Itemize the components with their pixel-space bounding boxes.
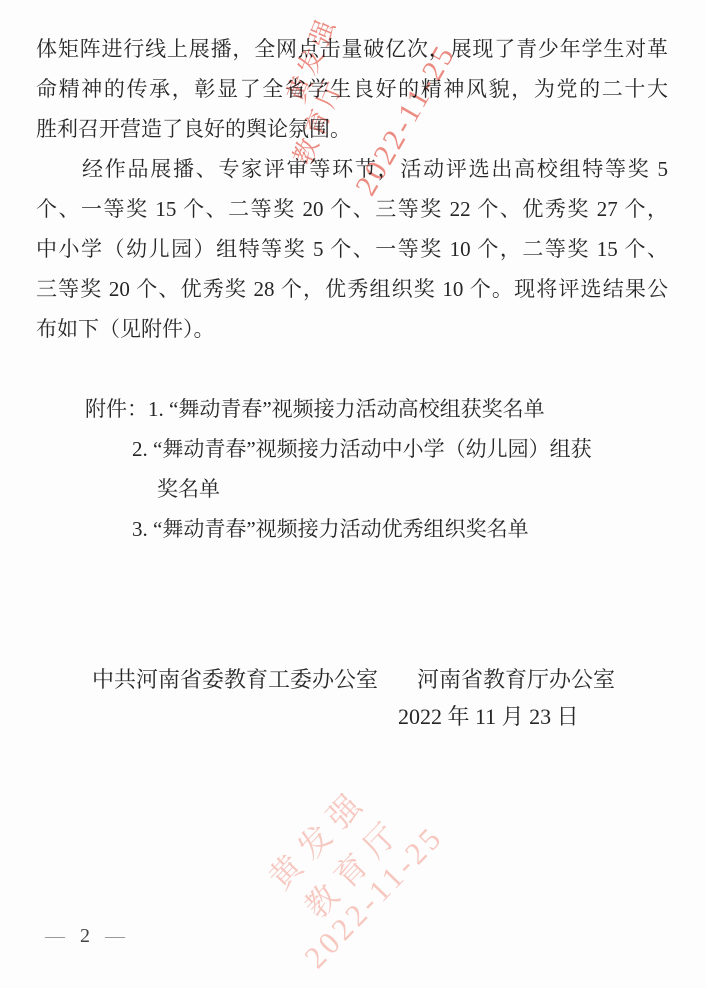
attachment-label-line: 附件：1. “舞动青春”视频接力活动高校组获奖名单 xyxy=(85,396,545,424)
body-line: 中小学（幼儿园）组特等奖 5 个、一等奖 10 个，二等奖 15 个、 xyxy=(36,236,668,264)
body-line: 命精神的传承，彰显了全省学生良好的精神风貌，为党的二十大 xyxy=(36,76,668,104)
body-line: 布如下（见附件）。 xyxy=(36,316,668,344)
body-line: 经作品展播、专家评审等环节，活动评选出高校组特等奖 5 xyxy=(82,156,668,184)
document-page: 体矩阵进行线上展播，全网点击量破亿次，展现了青少年学生对革 命精神的传承，彰显了… xyxy=(0,0,706,988)
page-number-dash: — xyxy=(45,925,67,947)
watermark-bottom-org: 教育厅 xyxy=(293,805,414,928)
body-line: 个、一等奖 15 个、二等奖 20 个、三等奖 22 个、优秀奖 27 个， xyxy=(36,196,668,224)
attachment-item-2-wrap: 奖名单 xyxy=(157,476,220,504)
body-line: 体矩阵进行线上展播，全网点击量破亿次，展现了青少年学生对革 xyxy=(36,36,668,64)
page-number-dash: — xyxy=(105,925,127,947)
attachment-item-2: 2. “舞动青春”视频接力活动中小学（幼儿园）组获 xyxy=(132,436,592,464)
attachment-item-3: 3. “舞动青春”视频接力活动优秀组织奖名单 xyxy=(132,516,529,544)
page-number-value: 2 xyxy=(74,925,98,947)
watermark-bottom-reviewer-name: 黄发强 xyxy=(257,776,378,899)
body-line: 三等奖 20 个、优秀奖 28 个，优秀组织奖 10 个。现将评选结果公 xyxy=(36,276,668,304)
signature-office-2: 河南省教育厅办公室 xyxy=(417,666,615,694)
signature-office-1: 中共河南省委教育工委办公室 xyxy=(92,666,378,694)
watermark-bottom-date: 2022-11-25 xyxy=(297,818,450,975)
signature-date: 2022 年 11 月 23 日 xyxy=(398,703,579,731)
page-number: — 2 — xyxy=(45,925,127,947)
body-line: 胜利召开营造了良好的舆论氛围。 xyxy=(36,116,668,144)
